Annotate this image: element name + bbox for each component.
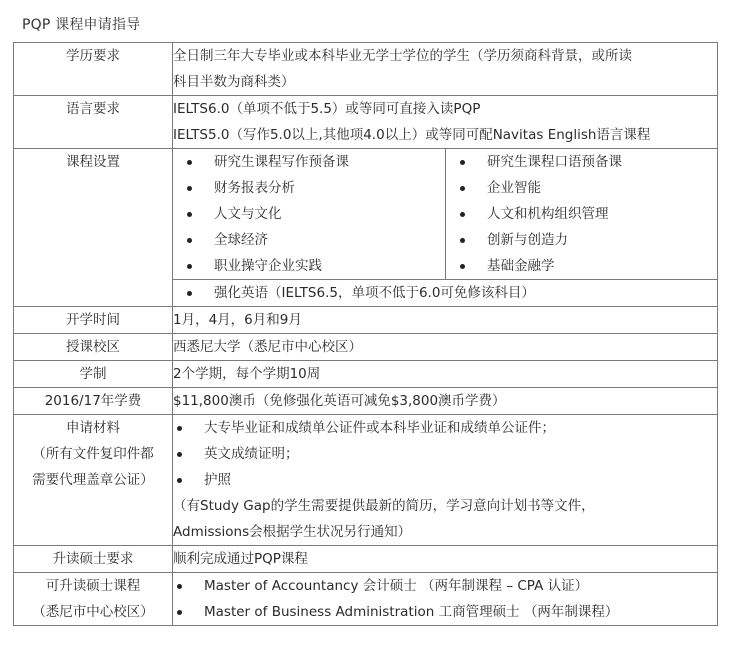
value-progression: 顺利完成通过PQP课程 xyxy=(173,546,718,573)
bullet-icon xyxy=(460,238,465,243)
label-campus: 授课校区 xyxy=(14,334,173,361)
label-language: 语言要求 xyxy=(14,96,173,149)
label-duration: 学制 xyxy=(14,361,173,388)
label-courses: 课程设置 xyxy=(14,149,173,307)
document-title: PQP 课程申请指导 xyxy=(22,14,140,34)
list-item: 基础金融学 xyxy=(456,253,717,279)
masters-label-line-1: 可升读硕士课程 xyxy=(14,573,172,599)
bullet-icon xyxy=(177,584,182,589)
list-item: 强化英语（IELTS6.5，单项不低于6.0可免修该科目） xyxy=(183,280,717,306)
course-name: 创新与创造力 xyxy=(487,227,568,253)
bullet-icon xyxy=(177,610,182,615)
bullet-icon xyxy=(177,426,182,431)
bullet-icon xyxy=(460,186,465,191)
course-name: 人文和机构组织管理 xyxy=(487,201,609,227)
bullet-icon xyxy=(460,160,465,165)
label-materials: 申请材料 （所有文件复印件都 需要代理盖章公证） xyxy=(14,415,173,546)
row-materials: 申请材料 （所有文件复印件都 需要代理盖章公证） 大专毕业证和成绩单公证件或本科… xyxy=(14,415,718,546)
materials-label-line-3: 需要代理盖章公证） xyxy=(14,467,172,493)
application-guide-table: 学历要求 全日制三年大专毕业或本科毕业无学士学位的学生（学历须商科背景，或所读 … xyxy=(13,42,718,626)
materials-note-line-2: Admissions会根据学生状况另行通知） xyxy=(173,519,717,545)
bullet-icon xyxy=(460,264,465,269)
list-item: 企业智能 xyxy=(456,175,717,201)
material-item: 英文成绩证明； xyxy=(204,441,299,467)
course-name: 财务报表分析 xyxy=(214,175,295,201)
bullet-icon xyxy=(187,264,192,269)
materials-label-line-1: 申请材料 xyxy=(14,415,172,441)
label-progression: 升读硕士要求 xyxy=(14,546,173,573)
course-name: 研究生课程口语预备课 xyxy=(487,149,622,175)
course-name: 强化英语（IELTS6.5，单项不低于6.0可免修该科目） xyxy=(214,280,535,306)
row-intake: 开学时间 1月，4月，6月和9月 xyxy=(14,307,718,334)
courses-left-column: 研究生课程写作预备课 财务报表分析 人文与文化 全球经济 职业操守企业实践 xyxy=(173,149,446,279)
masters-label-line-2: （悉尼市中心校区） xyxy=(14,599,172,625)
list-item: 英文成绩证明； xyxy=(173,441,717,467)
masters-program: Master of Accountancy 会计硕士 （两年制课程 – CPA … xyxy=(204,573,588,599)
row-progression: 升读硕士要求 顺利完成通过PQP课程 xyxy=(14,546,718,573)
course-name: 职业操守企业实践 xyxy=(214,253,322,279)
list-item: 护照 xyxy=(173,467,717,493)
row-duration: 学制 2个学期，每个学期10周 xyxy=(14,361,718,388)
courses-extra: 强化英语（IELTS6.5，单项不低于6.0可免修该科目） xyxy=(173,279,717,306)
value-masters: Master of Accountancy 会计硕士 （两年制课程 – CPA … xyxy=(173,573,718,626)
bullet-icon xyxy=(460,212,465,217)
value-duration: 2个学期，每个学期10周 xyxy=(173,361,718,388)
material-item: 大专毕业证和成绩单公证件或本科毕业证和成绩单公证件； xyxy=(204,415,555,441)
list-item: 创新与创造力 xyxy=(456,227,717,253)
row-masters: 可升读硕士课程 （悉尼市中心校区） Master of Accountancy … xyxy=(14,573,718,626)
bullet-icon xyxy=(187,186,192,191)
value-intake: 1月，4月，6月和9月 xyxy=(173,307,718,334)
bullet-icon xyxy=(187,160,192,165)
bullet-icon xyxy=(187,238,192,243)
course-name: 基础金融学 xyxy=(487,253,555,279)
row-tuition: 2016/17年学费 $11,800澳币（免修强化英语可减免$3,800澳币学费… xyxy=(14,388,718,415)
label-masters: 可升读硕士课程 （悉尼市中心校区） xyxy=(14,573,173,626)
education-line-1: 全日制三年大专毕业或本科毕业无学士学位的学生（学历须商科背景，或所读 xyxy=(173,43,717,69)
value-courses: 研究生课程写作预备课 财务报表分析 人文与文化 全球经济 职业操守企业实践 研究… xyxy=(173,149,718,307)
materials-label-line-2: （所有文件复印件都 xyxy=(14,441,172,467)
bullet-icon xyxy=(187,291,192,296)
label-tuition: 2016/17年学费 xyxy=(14,388,173,415)
value-tuition: $11,800澳币（免修强化英语可减免$3,800澳币学费） xyxy=(173,388,718,415)
label-intake: 开学时间 xyxy=(14,307,173,334)
list-item: 研究生课程写作预备课 xyxy=(183,149,445,175)
row-language: 语言要求 IELTS6.0（单项不低于5.5）或等同可直接入读PQP IELTS… xyxy=(14,96,718,149)
list-item: 人文和机构组织管理 xyxy=(456,201,717,227)
value-education: 全日制三年大专毕业或本科毕业无学士学位的学生（学历须商科背景，或所读 科目半数为… xyxy=(173,43,718,96)
value-campus: 西悉尼大学（悉尼市中心校区） xyxy=(173,334,718,361)
row-education: 学历要求 全日制三年大专毕业或本科毕业无学士学位的学生（学历须商科背景，或所读 … xyxy=(14,43,718,96)
label-education: 学历要求 xyxy=(14,43,173,96)
list-item: 研究生课程口语预备课 xyxy=(456,149,717,175)
course-name: 企业智能 xyxy=(487,175,541,201)
list-item: 大专毕业证和成绩单公证件或本科毕业证和成绩单公证件； xyxy=(173,415,717,441)
bullet-icon xyxy=(187,212,192,217)
list-item: Master of Business Administration 工商管理硕士… xyxy=(173,599,717,625)
education-line-2: 科目半数为商科类） xyxy=(173,69,717,95)
bullet-icon xyxy=(177,478,182,483)
list-item: 全球经济 xyxy=(183,227,445,253)
language-line-2: IELTS5.0（写作5.0以上,其他项4.0以上）或等同可配Navitas E… xyxy=(173,122,717,148)
list-item: 财务报表分析 xyxy=(183,175,445,201)
material-item: 护照 xyxy=(204,467,231,493)
row-campus: 授课校区 西悉尼大学（悉尼市中心校区） xyxy=(14,334,718,361)
value-language: IELTS6.0（单项不低于5.5）或等同可直接入读PQP IELTS5.0（写… xyxy=(173,96,718,149)
courses-right-column: 研究生课程口语预备课 企业智能 人文和机构组织管理 创新与创造力 基础金融学 xyxy=(446,149,717,279)
list-item: Master of Accountancy 会计硕士 （两年制课程 – CPA … xyxy=(173,573,717,599)
course-name: 人文与文化 xyxy=(214,201,282,227)
materials-note-line-1: （有Study Gap的学生需要提供最新的简历，学习意向计划书等文件， xyxy=(173,493,717,519)
course-name: 全球经济 xyxy=(214,227,268,253)
row-courses: 课程设置 研究生课程写作预备课 财务报表分析 人文与文化 全球经济 职业操守企业… xyxy=(14,149,718,307)
course-name: 研究生课程写作预备课 xyxy=(214,149,349,175)
language-line-1: IELTS6.0（单项不低于5.5）或等同可直接入读PQP xyxy=(173,96,717,122)
value-materials: 大专毕业证和成绩单公证件或本科毕业证和成绩单公证件； 英文成绩证明； 护照 （有… xyxy=(173,415,718,546)
bullet-icon xyxy=(177,452,182,457)
masters-program: Master of Business Administration 工商管理硕士… xyxy=(204,599,618,625)
list-item: 人文与文化 xyxy=(183,201,445,227)
list-item: 职业操守企业实践 xyxy=(183,253,445,279)
